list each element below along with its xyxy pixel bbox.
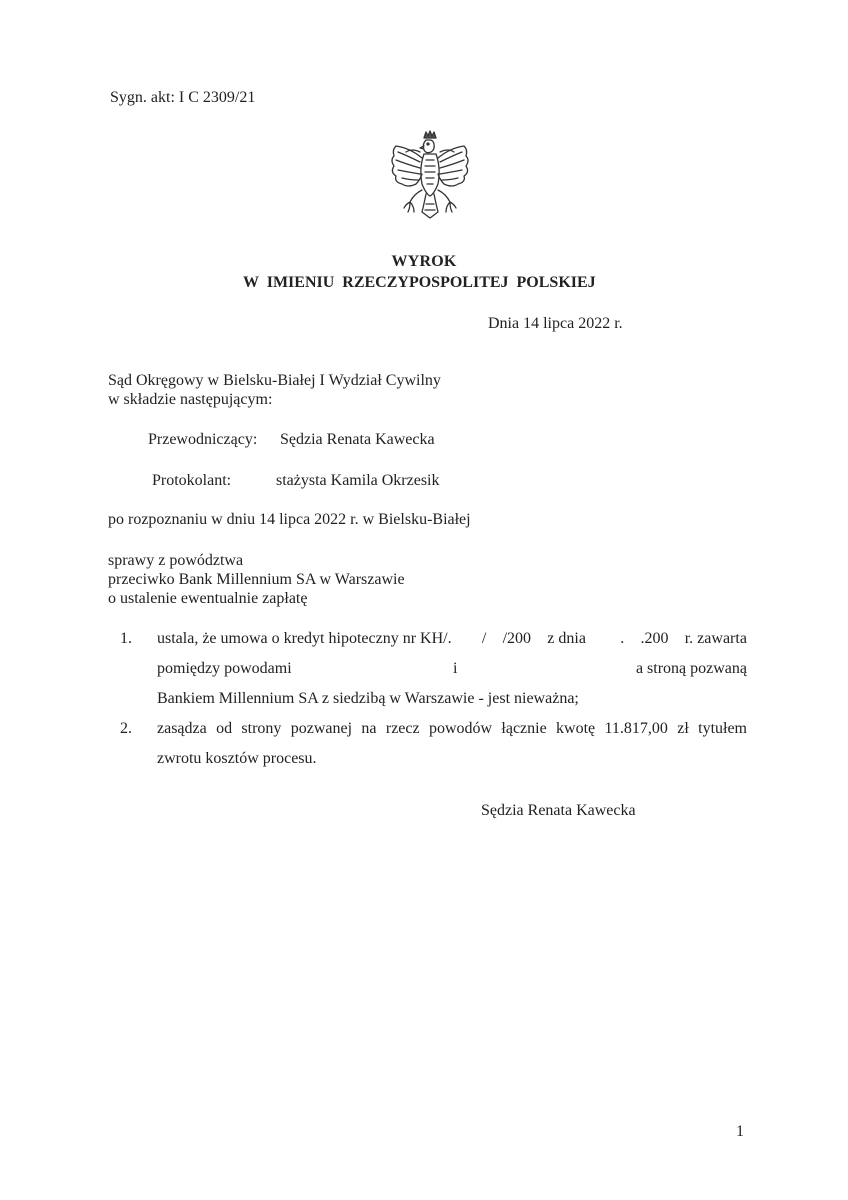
ruling-item-1: 1. ustala, że umowa o kredyt hipoteczny … [120, 624, 750, 719]
ruling-number: 1. [120, 624, 132, 654]
case-claim-line: sprawy z powództwa [108, 552, 243, 570]
polish-eagle-emblem-icon [386, 128, 474, 226]
ruling-text-part: a stroną pozwaną [636, 654, 747, 684]
case-number: Sygn. akt: I C 2309/21 [110, 89, 255, 107]
case-subject-line: o ustalenie ewentualnie zapłatę [108, 590, 307, 608]
clerk-value: stażysta Kamila Okrzesik [276, 472, 440, 490]
ruling-text-part: /200 [503, 624, 531, 654]
ruling-number: 2. [120, 714, 132, 744]
ruling-text-part: .200 [640, 624, 668, 654]
page-number: 1 [736, 1123, 744, 1141]
chair-label: Przewodniczący: [148, 431, 257, 449]
judgment-title: WYROK [0, 253, 848, 271]
chair-value: Sędzia Renata Kawecka [280, 431, 435, 449]
ruling-text-part: i [453, 654, 457, 684]
ruling-text-part: . [620, 624, 624, 654]
ruling-text-part: z dnia [547, 624, 586, 654]
ruling-2-line-1: zasądza od strony pozwanej na rzecz powo… [157, 714, 747, 744]
court-name: Sąd Okręgowy w Bielsku-Białej I Wydział … [108, 372, 441, 390]
judgment-date: Dnia 14 lipca 2022 r. [488, 315, 623, 333]
judge-signature: Sędzia Renata Kawecka [481, 802, 636, 820]
ruling-1-line-3: Bankiem Millennium SA z siedzibą w Warsz… [157, 684, 579, 714]
ruling-text-part: pomiędzy powodami [157, 654, 292, 684]
judgment-subtitle: W IMIENIU RZECZYPOSPOLITEJ POLSKIEJ [243, 274, 596, 292]
hearing-info: po rozpoznaniu w dniu 14 lipca 2022 r. w… [108, 511, 471, 529]
ruling-text-part: r. zawarta [685, 624, 747, 654]
ruling-2-line-2: zwrotu kosztów procesu. [157, 744, 317, 774]
case-defendant-line: przeciwko Bank Millennium SA w Warszawie [108, 571, 405, 589]
ruling-text-part: ustala, że umowa o kredyt hipoteczny nr … [157, 624, 452, 654]
ruling-1-line-1: ustala, że umowa o kredyt hipoteczny nr … [157, 624, 747, 654]
ruling-item-2: 2. zasądza od strony pozwanej na rzecz p… [120, 714, 750, 779]
clerk-label: Protokolant: [152, 472, 231, 490]
ruling-text-part: / [482, 624, 486, 654]
court-composition-intro: w składzie następującym: [108, 391, 272, 409]
